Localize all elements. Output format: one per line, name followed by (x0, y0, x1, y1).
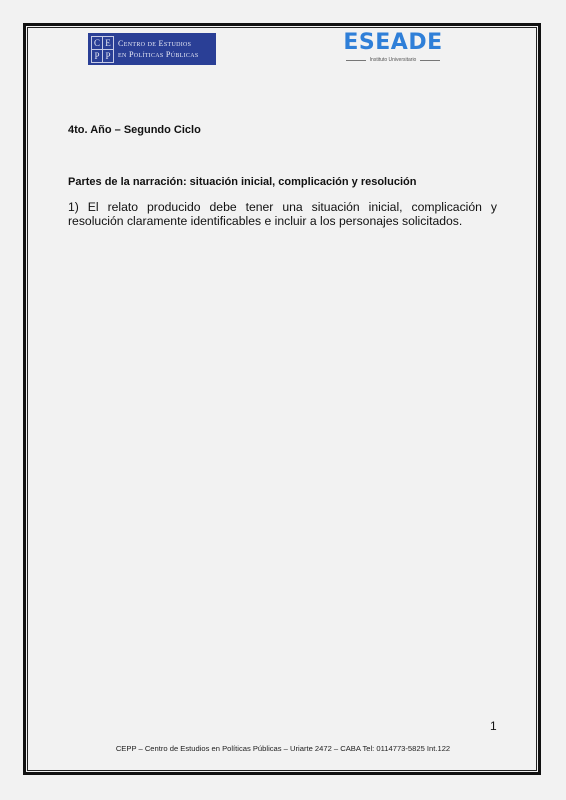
cepp-logo-line2: en Políticas Públicas (118, 49, 199, 60)
footer-text: CEPP – Centro de Estudios en Políticas P… (0, 744, 566, 753)
page-border-inner (27, 27, 537, 771)
page-number: 1 (490, 719, 497, 733)
cepp-letter: P (92, 50, 102, 62)
section-title: Partes de la narración: situación inicia… (68, 176, 416, 188)
cepp-monogram: C E P P (91, 36, 114, 63)
eseade-logo-name: ESEADE (334, 31, 452, 55)
cepp-letter: C (92, 37, 102, 49)
grade-heading: 4to. Año – Segundo Ciclo (68, 124, 201, 136)
divider (420, 60, 440, 61)
eseade-logo: ESEADE Instituto Universitario (334, 31, 452, 63)
cepp-logo: C E P P Centro de Estudios en Políticas … (88, 33, 216, 65)
instruction-paragraph: 1) El relato producido debe tener una si… (68, 200, 497, 228)
eseade-logo-subtitle: Instituto Universitario (370, 57, 417, 63)
divider (346, 60, 366, 61)
cepp-logo-text: Centro de Estudios en Políticas Públicas (118, 38, 199, 60)
eseade-logo-subtitle-row: Instituto Universitario (334, 57, 452, 63)
cepp-letter: E (103, 37, 113, 49)
cepp-letter: P (103, 50, 113, 62)
cepp-logo-line1: Centro de Estudios (118, 38, 199, 49)
